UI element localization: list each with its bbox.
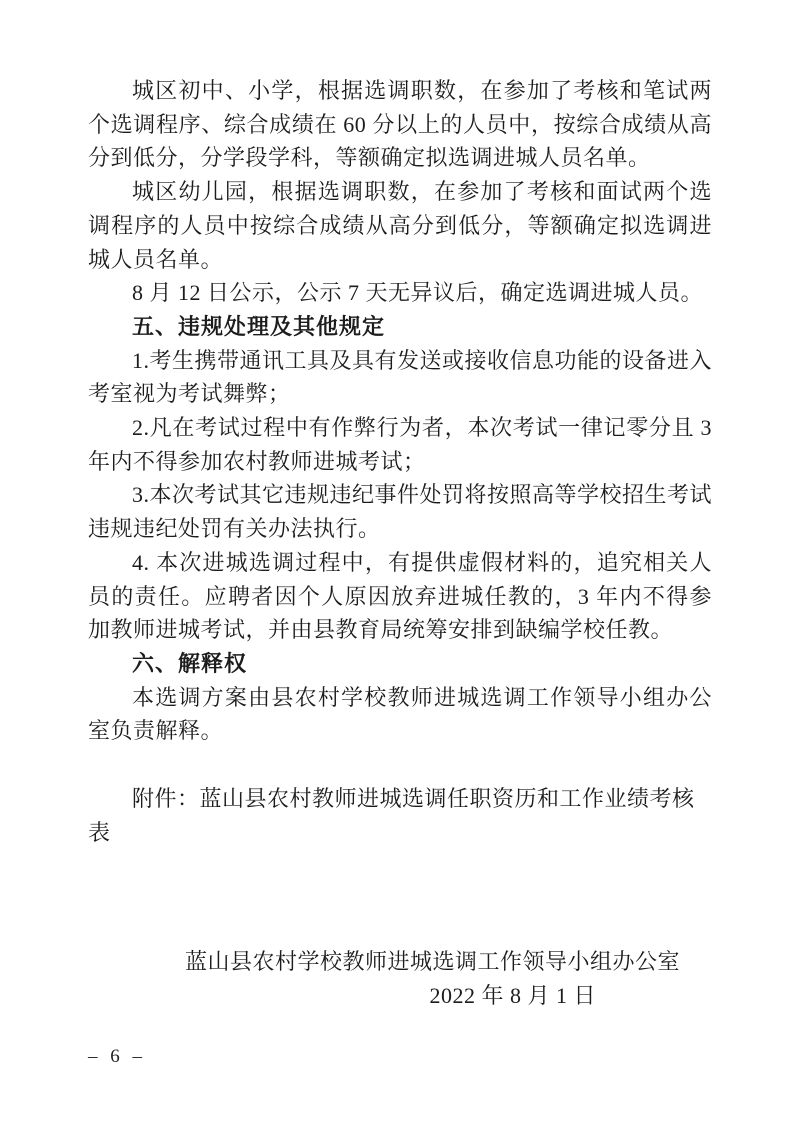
signature-date: 2022 年 8 月 1 日 — [88, 979, 712, 1013]
paragraph: 城区初中、小学，根据选调职数，在参加了考核和笔试两个选调程序、综合成绩在 60 … — [88, 74, 712, 175]
page-number: – 6 – — [88, 1046, 146, 1068]
signature-block: 蓝山县农村学校教师进城选调工作领导小组办公室 2022 年 8 月 1 日 — [88, 945, 712, 1012]
section-heading: 五、违规处理及其他规定 — [88, 310, 712, 344]
document-page: 城区初中、小学，根据选调职数，在参加了考核和笔试两个选调程序、综合成绩在 60 … — [0, 0, 793, 1122]
document-body: 城区初中、小学，根据选调职数，在参加了考核和笔试两个选调程序、综合成绩在 60 … — [88, 74, 712, 1013]
paragraph: 城区幼儿园，根据选调职数，在参加了考核和面试两个选调程序的人员中按综合成绩从高分… — [88, 175, 712, 276]
paragraph: 2.凡在考试过程中有作弊行为者，本次考试一律记零分且 3 年内不得参加农村教师进… — [88, 411, 712, 478]
signature-organization: 蓝山县农村学校教师进城选调工作领导小组办公室 — [88, 945, 712, 979]
paragraph: 1.考生携带通讯工具及具有发送或接收信息功能的设备进入考室视为考试舞弊； — [88, 344, 712, 411]
paragraph: 8 月 12 日公示，公示 7 天无异议后，确定选调进城人员。 — [88, 276, 712, 310]
paragraph-list: 城区初中、小学，根据选调职数，在参加了考核和笔试两个选调程序、综合成绩在 60 … — [88, 74, 712, 849]
paragraph: 4. 本次进城选调过程中，有提供虚假材料的，追究相关人员的责任。应聘者因个人原因… — [88, 546, 712, 647]
paragraph: 本选调方案由县农村学校教师进城选调工作领导小组办公室负责解释。 — [88, 681, 712, 748]
paragraph: 3.本次考试其它违规违纪事件处罚将按照高等学校招生考试违规违纪处罚有关办法执行。 — [88, 478, 712, 545]
attachment-line: 附件：蓝山县农村教师进城选调任职资历和工作业绩考核表 — [88, 782, 712, 849]
section-heading: 六、解释权 — [88, 647, 712, 681]
